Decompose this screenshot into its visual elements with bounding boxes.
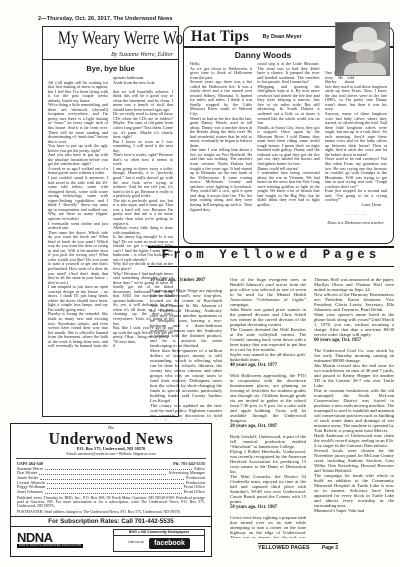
portrait-shirt	[344, 63, 386, 76]
facebook-promo-box: BHG = ND Community Newspapers Like us on…	[113, 529, 205, 552]
yellowed-pages-continuation-tag: YELLOWED PAGES Page 3	[258, 543, 338, 551]
yellowed-pages-bottom-rule	[148, 266, 394, 267]
hat-tips-col-2: could stop it at the Little Missouri. Th…	[257, 62, 319, 240]
yellowed-subhead-1957: 60 years ago, Oct. 1957	[314, 338, 394, 343]
weary-title-bar: My Weary Werre World By Suzanne Werre, E…	[43, 27, 178, 60]
hat-tips-col-3: One last Danny story. He told Shirley ab…	[325, 62, 387, 240]
yellowed-subhead-1977: 40 years ago, Oct. 1977	[230, 363, 306, 368]
yellowed-pages-title: From Yellowed Pages	[148, 248, 394, 262]
continuation-page-number: Page 3	[322, 545, 338, 551]
facebook-logo: facebook	[149, 538, 190, 549]
ndna-logo: NDNA NORTH DAKOTA NEWSPAPER ASSOCIATION	[17, 532, 83, 548]
yellowed-subhead-2007: 10 years ago, October 2007	[150, 278, 222, 283]
underwood-news-info-box: The Underwood News P.O. Box 575, Underwo…	[10, 423, 212, 557]
hat-tips-credit: Dean is a Dickinson area teacher.	[325, 221, 387, 226]
yellowed-col-2-text-b: With Halloween approaching, the PTO in c…	[230, 373, 306, 423]
divider-dots: ...........	[325, 212, 387, 217]
subscription-rates-line: For Subscription Rates: Call 701-442-553…	[11, 516, 211, 527]
weary-byline: By Suzanne Werre, Editor	[111, 52, 173, 58]
dot-leader	[40, 479, 184, 480]
postmaster-statement: POSTMASTER: Send address changes to The …	[11, 509, 211, 514]
hat-tips-byline: By Dean Meyer	[262, 34, 301, 40]
staff-role: Front Office	[184, 490, 205, 495]
email-website-line: Email: unvnews@westriv.com • Website: bh…	[16, 451, 206, 459]
yellowed-col-3-text-b: The Underwood Coal Co. was struck by fir…	[314, 348, 394, 513]
phone-number: Ph: 701-442-5535	[173, 461, 205, 466]
page-header: 2—Thursday, Oct. 26, 2017, The Underwood…	[38, 16, 173, 22]
like-us-label: Like us on	[128, 541, 146, 545]
hat-tips-signoff: Later, Dean	[325, 203, 387, 208]
dot-leader	[45, 493, 182, 494]
yellowed-subhead-1987: 20 years ago, Oct. 1987	[230, 424, 306, 429]
yellowed-col-1: 10 years ago, October 2007 Donavon and E…	[150, 272, 222, 420]
hat-tips-title: Hat Tips	[191, 28, 249, 46]
publisher-statement: Published every Thursday by BHG, Inc., P…	[11, 495, 211, 509]
masthead-title: Underwood News	[16, 431, 206, 446]
ndna-wordmark: NDNA	[17, 532, 83, 544]
yellowed-col-2: One of the huge evergreen trees in Burde…	[230, 272, 306, 538]
usps-number: USPS 464-540	[17, 461, 43, 466]
dot-leader	[47, 488, 181, 489]
continuation-label: YELLOWED PAGES	[258, 545, 310, 551]
hat-tips-body: Hello, As we get closer to Halloween, it…	[184, 62, 393, 240]
yellowed-subhead-1967: 50 years ago, Oct. 1967	[230, 505, 306, 510]
yellowed-col-2-text-d: Crews were busy righting a propane tank …	[230, 515, 306, 538]
dot-leader	[47, 483, 184, 484]
weary-column-title: My Weary Werre World	[58, 27, 163, 51]
staff-name: Janel Johansen	[17, 490, 43, 495]
cowboy-portrait-photo	[335, 22, 390, 76]
cowboy-hat-crown	[353, 27, 377, 43]
hat-tips-col-1: Hello, As we get closer to Halloween, it…	[190, 62, 252, 240]
hat-tips-headline: Danny Woods	[188, 50, 338, 60]
yellowed-col-2-text-a: One of the huge evergreen trees in Burde…	[230, 277, 306, 362]
weary-headline: Bye, bye blue	[43, 64, 178, 73]
ndna-subtitle: NORTH DAKOTA NEWSPAPER ASSOCIATION	[17, 544, 83, 548]
dot-leader	[39, 474, 166, 475]
yellowed-col-3-text-a: Thomas Hoff was announced in the paper. …	[314, 277, 394, 337]
yellowed-col-2-text-c: Body Getzlaff, Underwood, is part of the…	[230, 434, 306, 504]
hat-tips-col-3-text: One last Danny story. He told Shirley ab…	[325, 70, 387, 202]
hat-tips-column: Hat Tips By Dean Meyer Danny Woods Hello…	[183, 26, 394, 244]
yellowed-col-1-text: Donavon and Elgie Viege are enjoying lif…	[150, 288, 222, 420]
portrait-face	[356, 49, 374, 64]
yellowed-col-3: Thomas Hoff was announced in the paper. …	[314, 272, 394, 540]
